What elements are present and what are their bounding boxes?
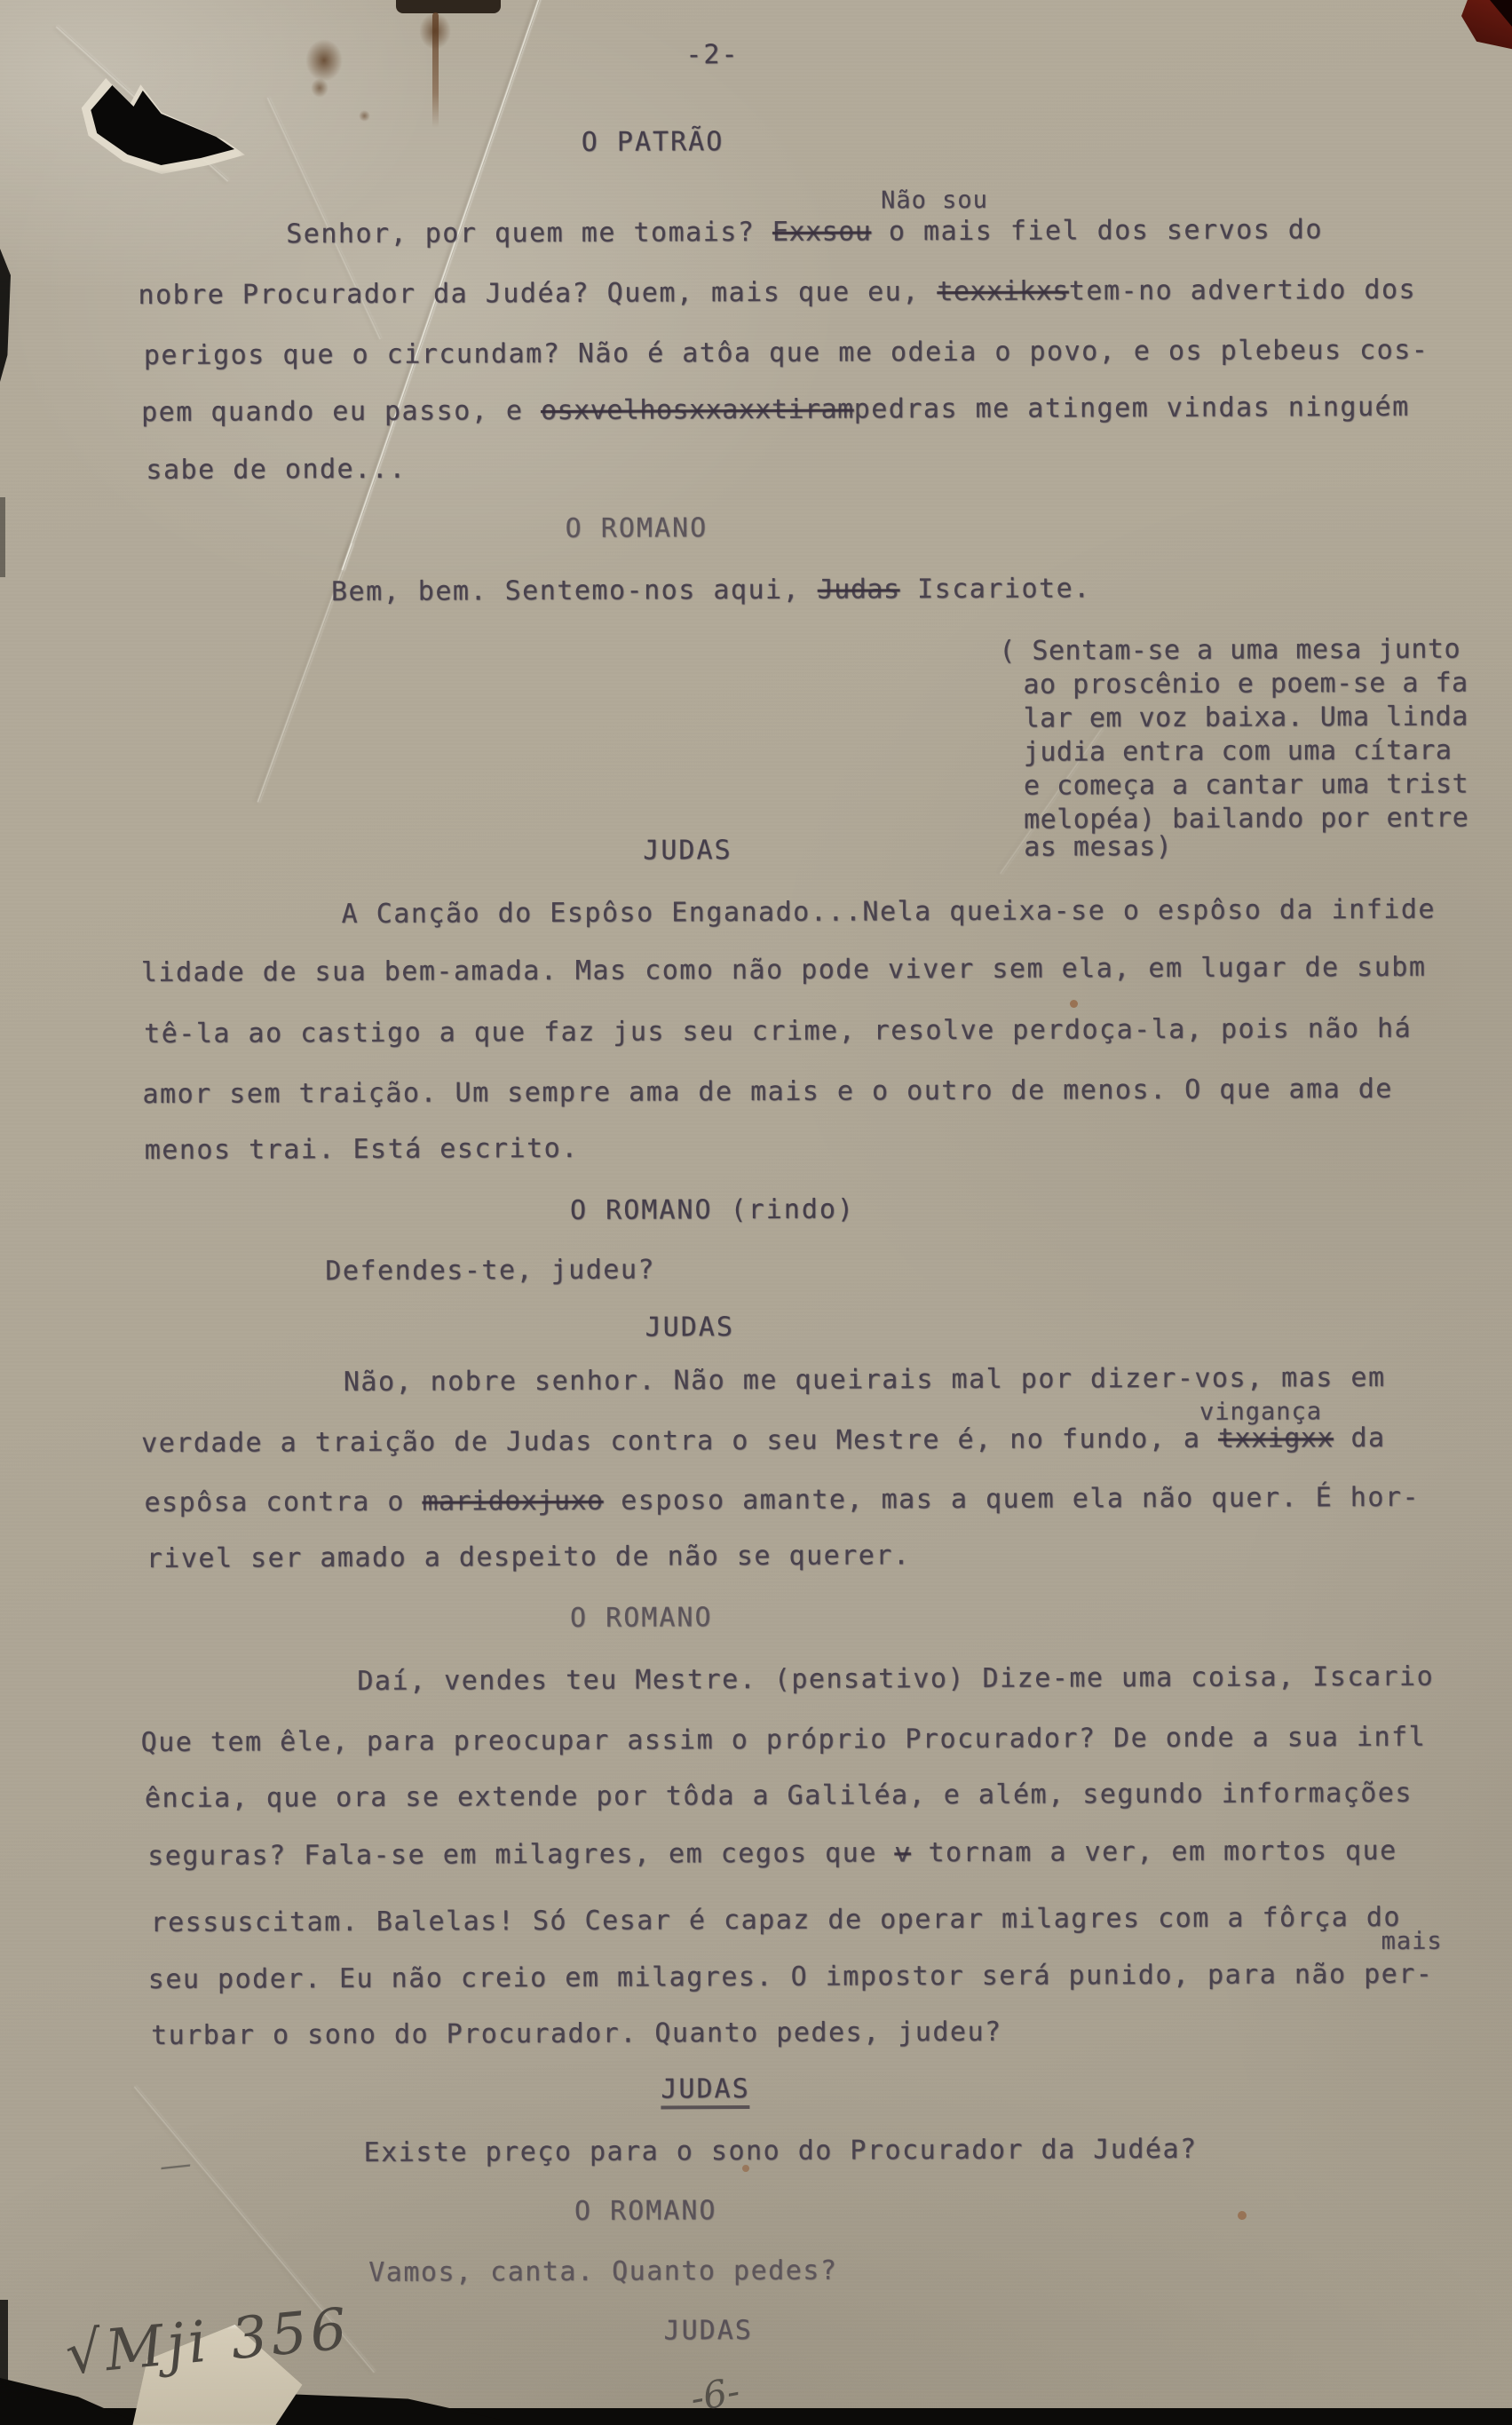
stage-direction-line: judia entra com uma cítara [1024,733,1453,771]
typed-text: Não, nobre senhor. Não me queirais mal p… [344,1362,1386,1398]
typed-line: turbar o sono do Procurador. Quanto pede… [151,2015,1002,2054]
typed-line: lidade de sua bem-amada. Mas como não po… [141,950,1427,991]
heading-text: O ROMANO [574,2195,717,2227]
stage-direction-line: lar em voz baixa. Uma linda [1023,699,1468,736]
typed-line: seu poder. Eu não creio em milagres. O i… [148,1957,1434,1998]
struck-text: txxigxx [1218,1423,1334,1454]
pencil-text: -6- [687,2369,743,2421]
page-number-top: -2- [685,37,739,73]
typed-line: perigos que o circundam? Não é atôa que … [144,333,1429,374]
typed-text: amor sem traição. Um sempre ama de mais … [142,1074,1393,1110]
typed-text: Iscariote. [899,573,1090,605]
speaker-heading-judas: JUDAS [663,2313,752,2349]
typed-line: nobre Procurador da Judéa? Quem, mais qu… [138,273,1416,313]
typed-line: ressuscitam. Balelas! Só Cesar é capaz d… [150,1900,1401,1941]
typed-text: pem quando eu passo, e [141,395,541,428]
stage-text: as mesas) [1024,831,1172,863]
typed-text: Daí, vendes teu Mestre. (pensativo) Dize… [357,1661,1434,1697]
typed-text: seguras? Fala-se em milagres, em cegos q… [147,1837,894,1872]
typed-line: seguras? Fala-se em milagres, em cegos q… [147,1834,1397,1874]
typed-line: Bem, bem. Sentemo-nos aqui, Judas Iscari… [331,571,1091,610]
typed-line: rivel ser amado a despeito de não se que… [146,1538,911,1577]
struck-text: Judas [818,574,900,605]
page-number-bottom-handwritten: -6- [687,2369,743,2421]
speaker-heading-patrao: O PATRÃO [582,124,724,161]
stage-text: judia entra com uma cítara [1024,735,1453,768]
typescript-text-layer: -2- O PATRÃO Não sou Senhor, por quem me… [0,0,1512,2425]
stage-direction-line: ao proscênio e poem-se a fa [1023,665,1468,702]
typed-text: seu poder. Eu não creio em milagres. O i… [148,1959,1434,1995]
typed-line: Existe preço para o sono do Procurador d… [364,2132,1198,2171]
speaker-heading-romano-rindo: O ROMANO (rindo) [570,1193,855,1229]
typed-line: verdade a traição de Judas contra o seu … [141,1421,1386,1462]
heading-text: O ROMANO [570,1602,713,1634]
typed-text: o mais fiel dos servos do [871,214,1323,247]
stage-text: e começa a cantar uma trist [1024,768,1468,801]
typed-text: lidade de sua bem-amada. Mas como não po… [141,952,1427,988]
struck-text: v [894,1837,911,1868]
typed-line: Defendes-te, judeu? [325,1252,655,1289]
insertion-text: Não sou [881,186,988,215]
typed-text: Existe preço para o sono do Procurador d… [364,2134,1198,2168]
heading-text: O ROMANO [566,512,709,544]
speaker-heading-romano: O ROMANO [566,511,709,547]
typed-line: Senhor, por quem me tomais? Exxsou o mai… [286,212,1323,252]
typed-text: turbar o sono do Procurador. Quanto pede… [151,2017,1002,2051]
interlinear-insertion: mais [1381,1928,1443,1955]
typed-text: esposo amante, mas a quem ela não quer. … [604,1482,1421,1517]
typed-text: tê-la ao castigo a que faz jus seu crime… [144,1013,1412,1050]
stage-text: lar em voz baixa. Uma linda [1023,701,1468,733]
typed-line: menos trai. Está escrito. [145,1131,579,1169]
typed-text: tornam a ver, em mortos que [911,1835,1397,1868]
typed-line: ência, que ora se extende por tôda a Gal… [145,1776,1413,1817]
typed-text: menos trai. Está escrito. [145,1133,579,1166]
typed-text: nobre Procurador da Judéa? Quem, mais qu… [138,276,937,311]
struck-text: osxvelhosxxaxxtiram [541,394,854,427]
stage-text: ao proscênio e poem-se a fa [1023,667,1468,700]
handwritten-margin-dash: — [158,2145,194,2185]
struck-text: maridoxjuxo [422,1486,603,1518]
typed-line: tê-la ao castigo a que faz jus seu crime… [144,1011,1412,1052]
pencil-text: √Mji 356 [63,2296,353,2388]
speaker-heading-judas-underlined: JUDAS [661,2072,749,2107]
typed-line: sabe de onde... [146,452,407,488]
heading-text: O ROMANO (rindo) [570,1194,855,1226]
typed-text: tem-no advertido dos [1069,274,1416,307]
typed-line: espôsa contra o maridoxjuxo esposo amant… [144,1480,1420,1521]
typed-text: ência, que ora se extende por tôda a Gal… [145,1778,1413,1814]
insertion-text: mais [1381,1928,1443,1955]
typed-text: verdade a traição de Judas contra o seu … [141,1423,1218,1459]
typed-text: Defendes-te, judeu? [325,1254,655,1287]
typed-text: Vamos, canta. Quanto pedes? [368,2255,837,2288]
handwritten-catalog-mark: √Mji 356 [63,2296,353,2388]
typed-text: sabe de onde... [146,454,407,486]
typed-line: pem quando eu passo, e osxvelhosxxaxxtir… [141,390,1410,431]
stage-direction-line: as mesas) [1024,829,1172,866]
speaker-heading-judas: JUDAS [643,833,732,868]
interlinear-insertion: Não sou [881,186,988,215]
typed-line: Daí, vendes teu Mestre. (pensativo) Dize… [357,1660,1434,1700]
heading-text: JUDAS [645,1312,733,1343]
heading-text: JUDAS [663,2315,752,2346]
typed-text: ressuscitam. Balelas! Só Cesar é capaz d… [150,1902,1401,1938]
stage-direction-line: e começa a cantar uma trist [1024,766,1468,804]
typed-text: Bem, bem. Sentemo-nos aqui, [331,575,818,607]
typed-text: espôsa contra o [144,1486,422,1518]
typed-text: da [1334,1423,1386,1454]
stage-text: ( Sentam-se a uma mesa junto [999,634,1461,667]
speaker-heading-romano: O ROMANO [570,1600,713,1636]
heading-text: O PATRÃO [582,126,724,158]
typed-text: rivel ser amado a despeito de não se que… [146,1540,911,1574]
typed-text: pedras me atingem vindas ninguém [854,392,1410,425]
struck-text: texxikxs [937,275,1069,307]
typed-line: Não, nobre senhor. Não me queirais mal p… [344,1360,1386,1400]
typed-line: Vamos, canta. Quanto pedes? [368,2254,837,2291]
typed-text: perigos que o circundam? Não é atôa que … [144,335,1429,371]
typed-line: A Canção do Espôso Enganado...Nela queix… [341,892,1436,932]
scanned-typescript-page: { "page": { "number_top": "-2-", "number… [0,0,1512,2425]
pencil-dash: — [158,2145,194,2185]
typed-text: A Canção do Espôso Enganado...Nela queix… [341,894,1436,930]
page-number-text: -2- [685,39,739,70]
heading-text: JUDAS [661,2073,749,2109]
typed-line: Que tem êle, para preocupar assim o próp… [141,1720,1427,1761]
speaker-heading-judas: JUDAS [645,1310,733,1345]
speaker-heading-romano: O ROMANO [574,2193,717,2230]
heading-text: JUDAS [643,835,732,866]
struck-text: Exxsou [772,216,872,247]
typed-line: amor sem traição. Um sempre ama de mais … [142,1072,1393,1113]
typed-text: Que tem êle, para preocupar assim o próp… [141,1722,1427,1758]
stage-direction-line: ( Sentam-se a uma mesa junto [999,632,1461,670]
typed-text: Senhor, por quem me tomais? [286,217,772,250]
